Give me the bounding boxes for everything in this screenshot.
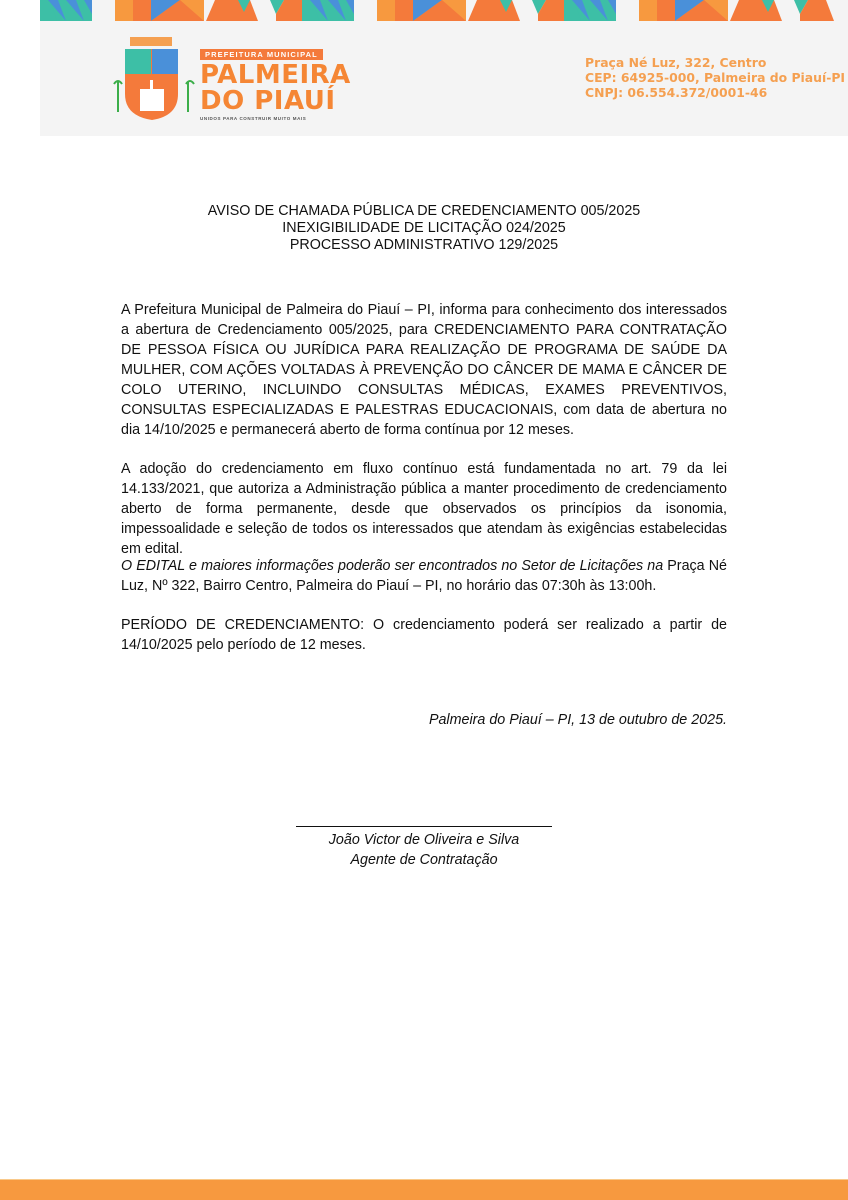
letterhead-address: Praça Né Luz, 322, Centro CEP: 64925-000… xyxy=(585,55,845,100)
paragraph-period: PERÍODO DE CREDENCIAMENTO: O credenciame… xyxy=(121,615,727,655)
brand-name-line1: PALMEIRA xyxy=(200,62,351,88)
brand-pill: PREFEITURA MUNICIPAL xyxy=(200,49,323,60)
paragraph-legal-basis: A adoção do credenciamento em fluxo cont… xyxy=(121,459,727,559)
coat-of-arms-icon xyxy=(108,34,198,122)
cep-line: CEP: 64925-000, Palmeira do Piauí-PI xyxy=(585,70,845,85)
signatory-name: João Victor de Oliveira e Silva xyxy=(296,832,552,848)
signature-line xyxy=(296,826,552,827)
municipal-brand: PREFEITURA MUNICIPAL PALMEIRA DO PIAUÍ U… xyxy=(200,44,351,121)
paragraph-edital-info: O EDITAL e maiores informações poderão s… xyxy=(121,556,727,596)
title-line-3: PROCESSO ADMINISTRATIVO 129/2025 xyxy=(0,237,848,254)
edital-info-italic: O EDITAL e maiores informações poderão s… xyxy=(121,558,663,574)
paragraph-announcement: A Prefeitura Municipal de Palmeira do Pi… xyxy=(121,300,727,440)
signatory-role: Agente de Contratação xyxy=(296,852,552,868)
document-title: AVISO DE CHAMADA PÚBLICA DE CREDENCIAMEN… xyxy=(0,203,848,254)
address-line: Praça Né Luz, 322, Centro xyxy=(585,55,845,70)
city-date: Palmeira do Piauí – PI, 13 de outubro de… xyxy=(429,712,727,728)
footer-bar xyxy=(0,1179,848,1200)
brand-tagline: UNIDOS PARA CONSTRUIR MUITO MAIS xyxy=(200,116,351,121)
brand-name-line2: DO PIAUÍ xyxy=(200,88,351,114)
cnpj-line: CNPJ: 06.554.372/0001-46 xyxy=(585,85,845,100)
title-line-1: AVISO DE CHAMADA PÚBLICA DE CREDENCIAMEN… xyxy=(0,203,848,220)
title-line-2: INEXIGIBILIDADE DE LICITAÇÃO 024/2025 xyxy=(0,220,848,237)
decorative-pattern-band xyxy=(40,0,848,21)
